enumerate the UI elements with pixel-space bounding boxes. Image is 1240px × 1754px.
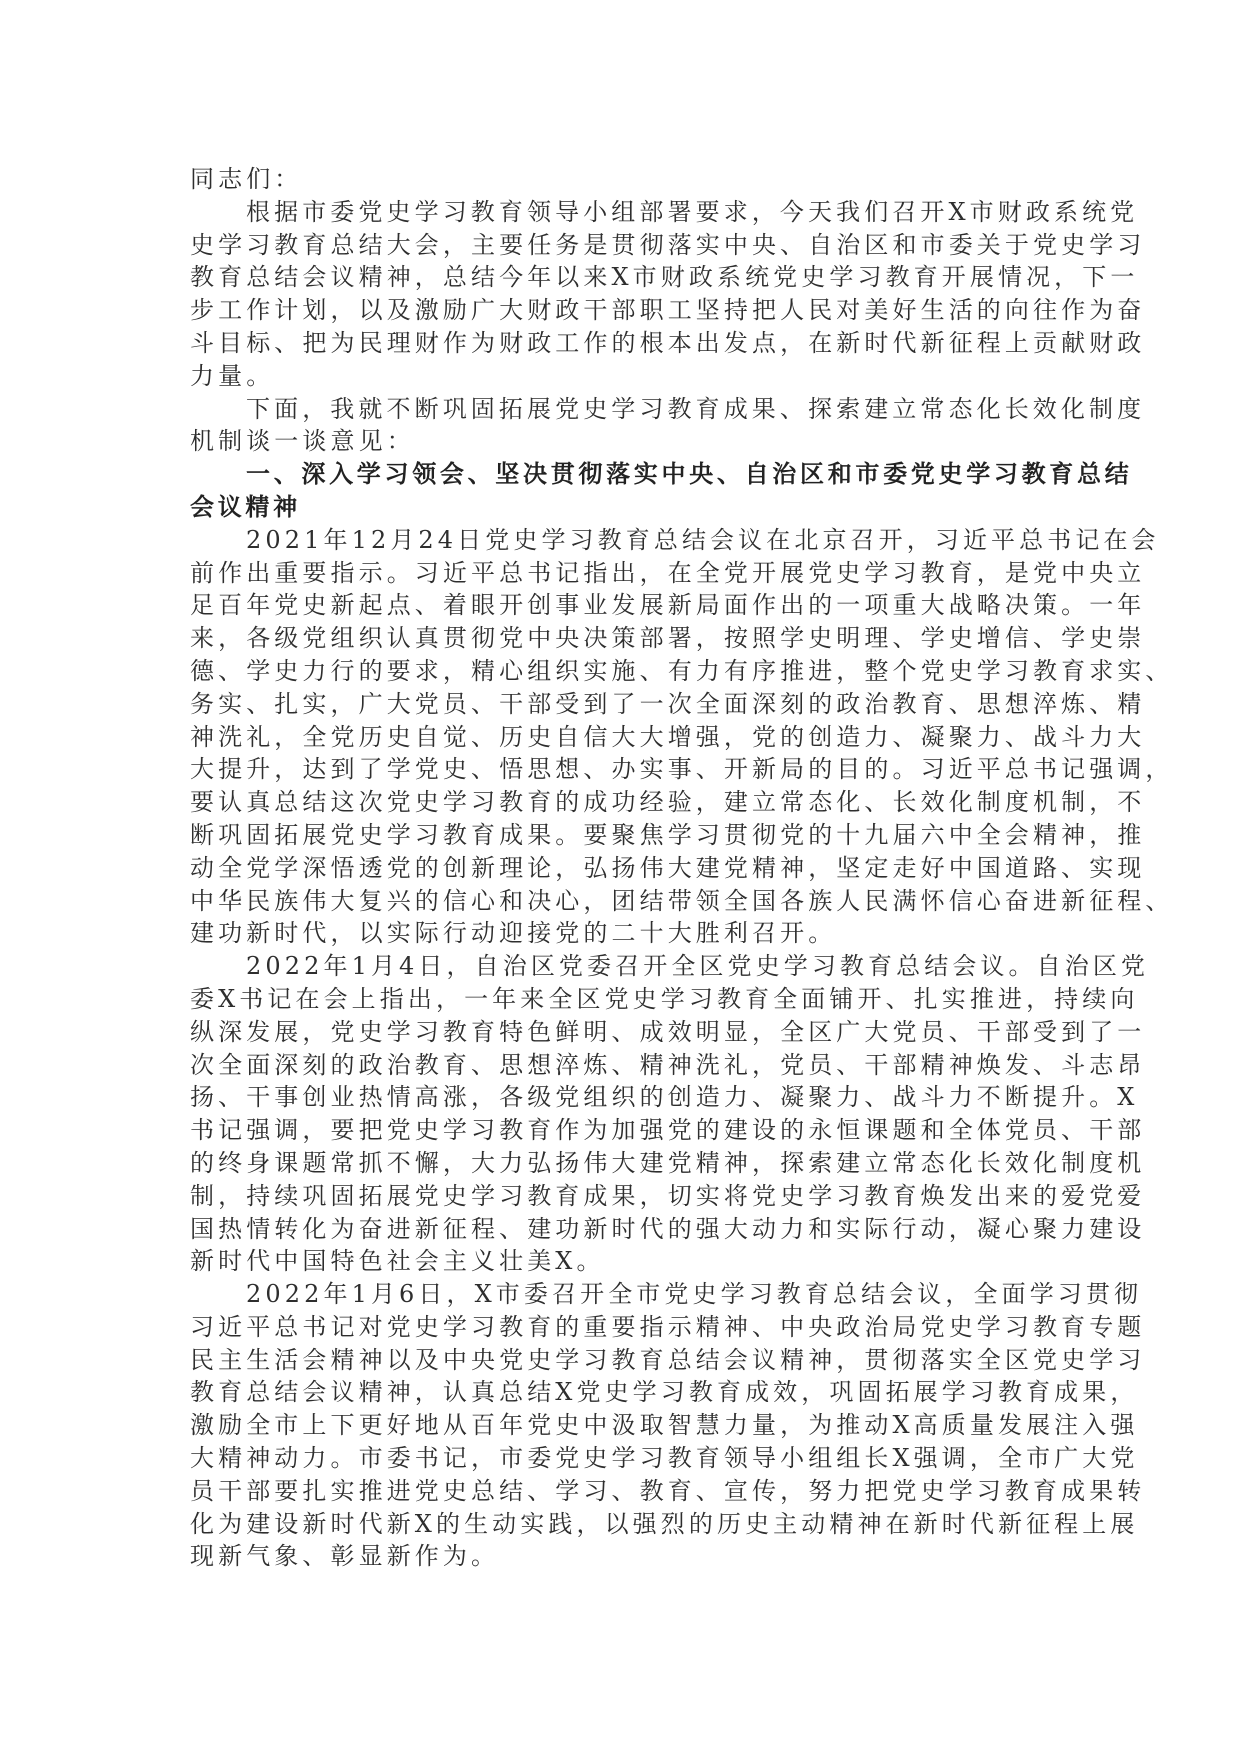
text-line: 的终身课题常抓不懈，大力弘扬伟大建党精神，探索建立常态化长效化制度机 bbox=[190, 1147, 1050, 1180]
text-line: 机制谈一谈意见： bbox=[190, 425, 1050, 458]
text-line: 力量。 bbox=[190, 360, 1050, 393]
paragraph-city-meeting: 2022年1月6日，X市委召开全市党史学习教育总结会议，全面学习贯彻 习近平总书… bbox=[190, 1278, 1050, 1573]
text-line: 国热情转化为奋进新征程、建功新时代的强大动力和实际行动，凝心聚力建设 bbox=[190, 1213, 1050, 1246]
text-line: 步工作计划，以及激励广大财政干部职工坚持把人民对美好生活的向往作为奋 bbox=[190, 294, 1050, 327]
text-line: 激励全市上下更好地从百年党史中汲取智慧力量，为推动X高质量发展注入强 bbox=[190, 1409, 1050, 1442]
text-line: 史学习教育总结大会，主要任务是贯彻落实中央、自治区和市委关于党史学习 bbox=[190, 229, 1050, 262]
section-heading-1: 一、深入学习领会、坚决贯彻落实中央、自治区和市委党史学习教育总结 会议精神 bbox=[190, 458, 1050, 524]
text-line: 纵深发展，党史学习教育特色鲜明、成效明显，全区广大党员、干部受到了一 bbox=[190, 1016, 1050, 1049]
text-line: 教育总结会议精神，总结今年以来X市财政系统党史学习教育开展情况，下一 bbox=[190, 261, 1050, 294]
text-line: 2022年1月6日，X市委召开全市党史学习教育总结会议，全面学习贯彻 bbox=[190, 1278, 1050, 1311]
paragraph-region-meeting: 2022年1月4日，自治区党委召开全区党史学习教育总结会议。自治区党 委X书记在… bbox=[190, 950, 1050, 1278]
text-line: 新时代中国特色社会主义壮美X。 bbox=[190, 1245, 1050, 1278]
text-line: 2022年1月4日，自治区党委召开全区党史学习教育总结会议。自治区党 bbox=[190, 950, 1050, 983]
text-line: 来，各级党组织认真贯彻党中央决策部署，按照学史明理、学史增信、学史崇 bbox=[190, 622, 1050, 655]
text-line: 现新气象、彰显新作为。 bbox=[190, 1540, 1050, 1573]
text-line: 制，持续巩固拓展党史学习教育成果，切实将党史学习教育焕发出来的爱党爱 bbox=[190, 1180, 1050, 1213]
heading-line: 一、深入学习领会、坚决贯彻落实中央、自治区和市委党史学习教育总结 bbox=[190, 458, 1050, 491]
text-line: 神洗礼，全党历史自觉、历史自信大大增强，党的创造力、凝聚力、战斗力大 bbox=[190, 721, 1050, 754]
text-line: 民主生活会精神以及中央党史学习教育总结会议精神，贯彻落实全区党史学习 bbox=[190, 1344, 1050, 1377]
text-line: 2021年12月24日党史学习教育总结会议在北京召开，习近平总书记在会 bbox=[190, 524, 1050, 557]
text-line: 大提升，达到了学党史、悟思想、办实事、开新局的目的。习近平总书记强调， bbox=[190, 753, 1050, 786]
text-line: 下面，我就不断巩固拓展党史学习教育成果、探索建立常态化长效化制度 bbox=[190, 393, 1050, 426]
text-line: 书记强调，要把党史学习教育作为加强党的建设的永恒课题和全体党员、干部 bbox=[190, 1114, 1050, 1147]
text-line: 习近平总书记对党史学习教育的重要指示精神、中央政治局党史学习教育专题 bbox=[190, 1311, 1050, 1344]
text-line: 断巩固拓展党史学习教育成果。要聚焦学习贯彻党的十九届六中全会精神，推 bbox=[190, 819, 1050, 852]
text-line: 斗目标、把为民理财作为财政工作的根本出发点，在新时代新征程上贡献财政 bbox=[190, 327, 1050, 360]
paragraph-intro: 根据市委党史学习教育领导小组部署要求，今天我们召开X市财政系统党 史学习教育总结… bbox=[190, 196, 1050, 393]
text-line: 务实、扎实，广大党员、干部受到了一次全面深刻的政治教育、思想淬炼、精 bbox=[190, 688, 1050, 721]
salutation: 同志们： bbox=[190, 163, 1050, 196]
text-line: 委X书记在会上指出，一年来全区党史学习教育全面铺开、扎实推进，持续向 bbox=[190, 983, 1050, 1016]
text-line: 建功新时代，以实际行动迎接党的二十大胜利召开。 bbox=[190, 917, 1050, 950]
document-page: 同志们： 根据市委党史学习教育领导小组部署要求，今天我们召开X市财政系统党 史学… bbox=[190, 163, 1050, 1573]
text-line: 中华民族伟大复兴的信心和决心，团结带领全国各族人民满怀信心奋进新征程、 bbox=[190, 885, 1050, 918]
text-line: 扬、干事创业热情高涨，各级党组织的创造力、凝聚力、战斗力不断提升。X bbox=[190, 1081, 1050, 1114]
text-line: 教育总结会议精神，认真总结X党史学习教育成效，巩固拓展学习教育成果， bbox=[190, 1376, 1050, 1409]
text-line: 要认真总结这次党史学习教育的成功经验，建立常态化、长效化制度机制，不 bbox=[190, 786, 1050, 819]
heading-line: 会议精神 bbox=[190, 491, 1050, 524]
paragraph-central-meeting: 2021年12月24日党史学习教育总结会议在北京召开，习近平总书记在会 前作出重… bbox=[190, 524, 1050, 950]
text-line: 大精神动力。市委书记，市委党史学习教育领导小组组长X强调，全市广大党 bbox=[190, 1442, 1050, 1475]
paragraph-outline: 下面，我就不断巩固拓展党史学习教育成果、探索建立常态化长效化制度 机制谈一谈意见… bbox=[190, 393, 1050, 459]
text-line: 动全党学深悟透党的创新理论，弘扬伟大建党精神，坚定走好中国道路、实现 bbox=[190, 852, 1050, 885]
text-line: 前作出重要指示。习近平总书记指出，在全党开展党史学习教育，是党中央立 bbox=[190, 557, 1050, 590]
text-line: 足百年党史新起点、着眼开创事业发展新局面作出的一项重大战略决策。一年 bbox=[190, 589, 1050, 622]
text-line: 员干部要扎实推进党史总结、学习、教育、宣传，努力把党史学习教育成果转 bbox=[190, 1475, 1050, 1508]
text-line: 根据市委党史学习教育领导小组部署要求，今天我们召开X市财政系统党 bbox=[190, 196, 1050, 229]
text-line: 化为建设新时代新X的生动实践，以强烈的历史主动精神在新时代新征程上展 bbox=[190, 1508, 1050, 1541]
text-line: 德、学史力行的要求，精心组织实施、有力有序推进，整个党史学习教育求实、 bbox=[190, 655, 1050, 688]
text-line: 次全面深刻的政治教育、思想淬炼、精神洗礼，党员、干部精神焕发、斗志昂 bbox=[190, 1049, 1050, 1082]
